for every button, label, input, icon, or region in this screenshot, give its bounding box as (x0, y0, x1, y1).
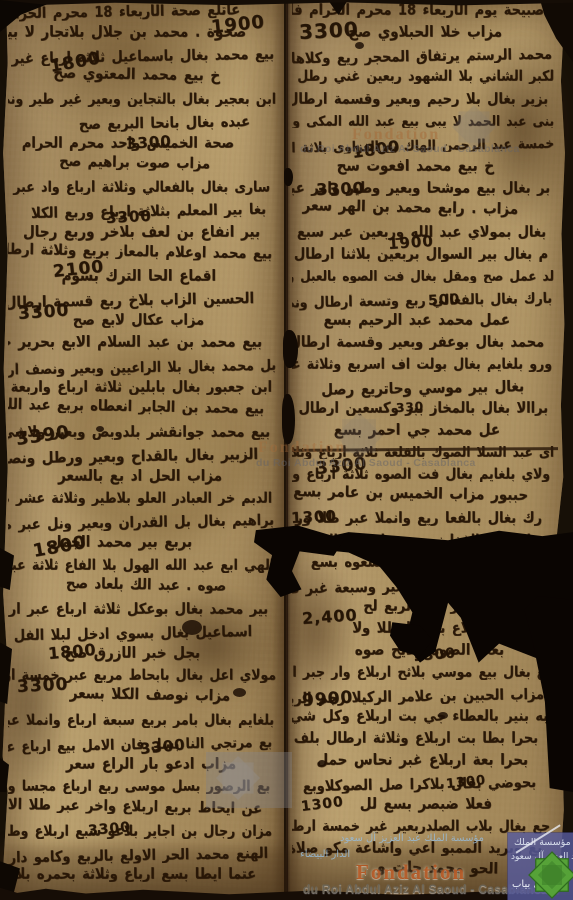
manuscript-line: عبده بغال بانحا البربع صح (8, 114, 280, 134)
manuscript-line: جع بغال بلاب الصلدربعير غير خمسة أرطال و… (292, 819, 558, 833)
ink-blob (284, 168, 293, 186)
manuscript-line: الزبير بغال بالقداح وبعير ورطل ونصف (8, 447, 280, 467)
manuscript-line: محمد بغال بوعفر وبعير وقسمة أرطال ونص (292, 335, 558, 350)
manuscript-line: بحرا بعة اربلاع غبر نحاس حمل (292, 753, 558, 768)
manuscript-line: عتما ايطا بسع ارباع وثلاثة بحمره بلا (8, 867, 280, 882)
manuscript-line: عل محمد جي احمر بسع (292, 423, 558, 438)
manuscript-line: به بنير بالعطاء جي بت اربلاع وكل شي أحمد (292, 709, 558, 724)
ink-spot (355, 42, 364, 49)
watermark-subtitle-faint: du Roi Abdul Aziz Al Saoud - Casablanca (256, 457, 476, 469)
eight-point-star-icon (214, 754, 262, 802)
amount-figure: 3300 (106, 207, 153, 227)
amount-figure: 1900 (387, 232, 434, 253)
manuscript-line: صوه . عبد الك بلعاد صح (8, 575, 280, 595)
amount-figure: 3300 (298, 17, 359, 44)
watermark-title-faint: Fondation (352, 126, 440, 144)
manuscript-line: لكبر الشاني بلا الشهود ربعين غني رطل ونص… (292, 69, 558, 83)
manuscript-line: بيع محمد بن عبد السلام الابع بحرير جبار (8, 335, 280, 350)
amount-figure: 3300 (125, 132, 172, 153)
watermark-title-faint: Fondation (258, 439, 346, 457)
manuscript-line: بحرا بطا بت اربلاع وثلاثة أرطال بلف (292, 731, 558, 746)
ink-spot (96, 426, 104, 432)
amount-figure: 3300 (16, 674, 68, 697)
ink-spot (438, 712, 448, 719)
manuscript-line: مزاب . رابع محمد بن الهر سعر (292, 198, 558, 218)
manuscript-line: بيع محمد بن الجابر انعطاه بربع عبد الله (8, 397, 280, 417)
manuscript-line: محمد الرستم يرتفاق المحجر ريع وكلاها وضم… (292, 47, 558, 66)
manuscript-line: ابن بعجير بغال بالتجاين وبعير غير طير ون… (8, 92, 280, 106)
ink-blob (283, 330, 298, 368)
manuscript-line: ابن جعبور بغال بابلين ثلاثة أرباع وأربعة… (8, 380, 280, 395)
manuscript-line: خ بيع محمد المعتوي صح (8, 65, 280, 85)
ink-blob (282, 394, 295, 444)
ink-spot (318, 760, 326, 766)
manuscript-line: بير محمد بغال بوعكل ثلاثة أرباع عبر أرطا… (8, 602, 280, 617)
manuscript-line: بارك بغال بالفعالي ربع وتسعة أرطال ونصف … (292, 291, 558, 310)
manuscript-line: بير انفاع بن لعف بلاخر وربع رجال (8, 225, 280, 240)
manuscript-line: خ بيع محمد افعوت سح (292, 159, 558, 174)
manuscript-line: بزير بغال بلا رحيم وبعير وقسمة أرطال لاب… (292, 92, 558, 107)
amount-figure: 330 (396, 399, 425, 415)
manuscript-line: الهنع محمد الحر الاولع بالربع وكامو دار … (8, 846, 280, 866)
manuscript-line: اسماعيل بغال بسوي ادخل لبلا الفل (8, 624, 280, 644)
manuscript-line: ورو بلغايم بغال بولت اف اسربع وثلاثة عبر… (292, 357, 558, 371)
manuscript-line: بغال بير موسي وحاتريع رصل (292, 379, 558, 399)
manuscript-line: بيع محمد اوعلام بالمعاز بربع وثلاثة أرطا… (8, 242, 280, 262)
manuscript-line: براهيم بغال بل القدران وبعير ونل عبر طلا… (8, 513, 280, 533)
watermark-arabic-name: مؤسسة الملك عبد العزيز آل سعود (340, 833, 484, 844)
amount-figure: 500 (428, 291, 461, 309)
ink-spot (233, 688, 246, 697)
manuscript-line: حببور مزاب الخميس بن عامر بسع (292, 484, 558, 504)
manuscript-line: سارى بغال بالفعالي وثلاثة أرباع واد عبر … (8, 180, 280, 194)
manuscript-line: مزان رجال بن اجاير بلاعو سبع اربلاع وطلا… (8, 824, 280, 838)
manuscript-line: بل محمد بغال بلا الراعيين وبعير ونصف أرط… (8, 358, 280, 377)
manuscript-line: مزاب صوت براهيم صح (8, 153, 280, 173)
watermark-arabic-city: الدار البيضاء (300, 849, 350, 860)
manuscript-line: الدبم خر العبادر العلو بلاطير وثلاثة عشر… (8, 491, 280, 505)
amount-figure: 3300 (17, 300, 70, 324)
manuscript-line: اقماع الحا الترك بسوم (8, 269, 280, 284)
manuscript-line: براالا بغال بالمخاز ببر وكسعين أرطال لا … (292, 401, 558, 416)
manuscript-scan: عاتلع صحة الأربعاء 18 محرم الحرامصحوة . … (0, 0, 573, 900)
green-star-icon (527, 850, 573, 900)
manuscript-line: الهي ابع عبد الله الهول بلا الفاع ثلاثة … (8, 558, 280, 572)
manuscript-line: بع بغال بيع موسي بلاثح اربلاع وار جبر ال… (292, 665, 558, 679)
amount-figure: 2,400 (301, 605, 358, 628)
ink-spot (182, 620, 202, 635)
amount-figure: 3300 (316, 178, 365, 199)
amount-figure: 9900 (301, 687, 354, 711)
manuscript-line: بلغايم بغال بامر بربع سبعة أرباع وانملا … (8, 713, 280, 727)
manuscript-line: مزاب الحل اد بع بالسعر (8, 469, 280, 484)
watermark-subtitle-faint: du Roi Abdul Aziz Al Saoud - Casablanca (300, 143, 520, 155)
amount-figure: 1300 (291, 507, 338, 527)
manuscript-line: عمل محمد عبد الرحيم بسع (292, 313, 558, 328)
manuscript-line: لد عمل صح ومقل بغال فت الصوه بالعبل ربع … (292, 269, 558, 283)
manuscript-line: بحوضي بقال بلاكرا صل الصوكلاوبع (292, 775, 558, 794)
